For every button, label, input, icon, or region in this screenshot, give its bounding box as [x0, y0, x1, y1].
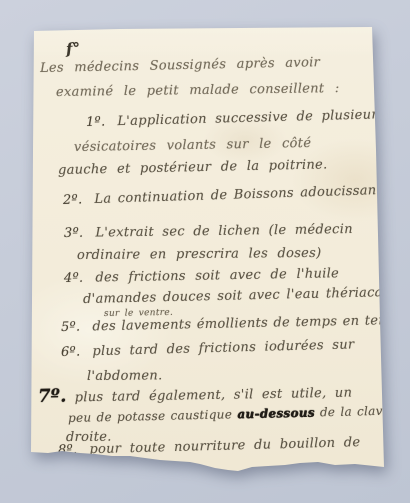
line-text: peu de potasse caustique: [68, 407, 238, 425]
line-text: plus tard également, s'il est utile, un: [75, 386, 353, 406]
photo-backdrop: f° Les médecins Soussignés après avoir e…: [0, 0, 410, 503]
item-number: 6º.: [61, 345, 81, 359]
line-text: des frictions soit avec de l'huile: [95, 266, 339, 285]
letter-line: l'abdomen.: [87, 369, 163, 383]
item-number: 4º.: [64, 272, 84, 285]
line-text: La continuation de Boissons adoucissante…: [94, 183, 397, 208]
overwritten-word: au-dessous: [237, 405, 315, 421]
item-number: 2º.: [63, 193, 83, 207]
letter-line: 2º.La continuation de Boissons adoucissa…: [63, 184, 397, 207]
line-text: de la clavicule: [315, 403, 410, 419]
line-text: plus tard des frictions iodurées sur: [92, 337, 354, 359]
letter-line: d'amandes douces soit avec l'eau thériac…: [83, 286, 396, 306]
letter-line: gauche et postérieur de la poitrine.: [58, 158, 328, 177]
letter-line: examiné le petit malade conseillent :: [56, 82, 340, 99]
letter-line: vésicatoires volants sur le côté: [74, 137, 311, 154]
item-number: 5º.: [61, 321, 81, 334]
item-number: 1º.: [86, 115, 106, 129]
letter-line: Les médecins Soussignés après avoir: [40, 56, 320, 75]
letter-line: 7º.plus tard également, s'il est utile, …: [38, 383, 353, 406]
letter-line: 3º.L'extrait sec de lichen (le médecin: [64, 223, 353, 240]
line-text: L'application successive de plusieurs: [117, 107, 385, 129]
paraph-mark: f°: [65, 41, 81, 57]
letter-line: 4º.des frictions soit avec de l'huile: [64, 267, 339, 285]
letter-line: 1º.L'application successive de plusieurs: [86, 108, 385, 129]
line-text: L'extrait sec de lichen (le médecin: [95, 222, 353, 241]
letter-line: ordinaire en prescrira les doses): [77, 247, 322, 262]
item-number: 3º.: [64, 227, 84, 240]
letter-line: 6º.plus tard des frictions iodurées sur: [61, 338, 355, 359]
line-text: pour toute nourriture du bouillon de: [89, 435, 360, 457]
paper-shadow-wrap: f° Les médecins Soussignés après avoir e…: [0, 0, 410, 503]
item-number: 7º.: [38, 386, 67, 407]
item-number: 8º.: [58, 443, 78, 457]
letter-paper: f° Les médecins Soussignés après avoir e…: [0, 0, 410, 503]
letter-line: peu de potasse caustique au-dessous de l…: [68, 404, 410, 424]
